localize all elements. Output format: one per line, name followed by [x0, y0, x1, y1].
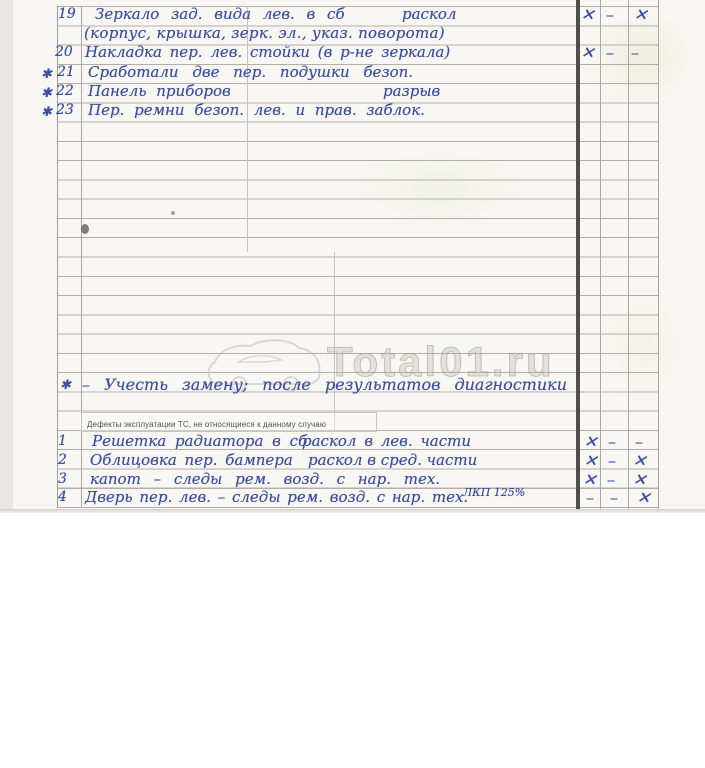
row-number: 4: [58, 487, 67, 508]
row-text-2: раскол в лев. части: [302, 431, 471, 452]
check-mark: ✕: [580, 41, 596, 63]
table-row: ✱ 22 Панель приборов разрыв: [0, 81, 705, 102]
table-row: 1 Решетка радиатора в сб раскол в лев. ч…: [0, 431, 705, 452]
row-text-2: раскол: [402, 4, 457, 25]
row-number: 21: [57, 62, 75, 83]
check-mark: –: [631, 42, 639, 63]
hole-punch-mark: [81, 224, 89, 234]
check-mark: –: [608, 450, 616, 471]
check-mark: –: [586, 487, 594, 508]
row-text: Дверь пер. лев. – следы рем. возд. с нар…: [85, 487, 468, 508]
screenshot-root: Total01.ru 19 Зеркало зад. вида лев. в с…: [0, 0, 705, 768]
paper-speck: [171, 211, 175, 215]
check-mark: –: [608, 431, 616, 452]
check-mark: –: [610, 487, 618, 508]
check-mark: ✕: [636, 486, 652, 508]
check-mark: –: [606, 42, 614, 63]
row-text: Зеркало зад. вида лев. в сб: [95, 4, 345, 25]
row-superscript: ЛКП 125%: [463, 482, 525, 503]
watermark: Total01.ru: [205, 332, 565, 407]
defects-section-header: Дефекты эксплуатации ТС, не относящиеся …: [87, 420, 326, 429]
check-mark: –: [606, 4, 614, 25]
scanned-page: Total01.ru 19 Зеркало зад. вида лев. в с…: [0, 0, 705, 510]
row-number: 19: [58, 4, 76, 25]
row-number: 23: [56, 100, 74, 121]
table-row: 19 Зеркало зад. вида лев. в сб раскол ✕ …: [0, 4, 705, 25]
star-mark: ✱: [60, 375, 71, 396]
table-row: (корпус, крышка, зерк. эл., указ. поворо…: [0, 23, 705, 44]
row-text: Панель приборов: [88, 81, 231, 102]
row-text: Сработали две пер. подушки безоп.: [88, 62, 413, 83]
row-number: 2: [58, 450, 67, 471]
table-row: 4 Дверь пер. лев. – следы рем. возд. с н…: [0, 487, 705, 508]
row-text: (корпус, крышка, зерк. эл., указ. поворо…: [84, 23, 445, 44]
table-row: 20 Накладка пер. лев. стойки (в р-не зер…: [0, 42, 705, 63]
table-row: ✱ 21 Сработали две пер. подушки безоп.: [0, 62, 705, 83]
row-text: Накладка пер. лев. стойки (в р-не зеркал…: [85, 42, 450, 63]
row-text: Решетка радиатора в сб: [92, 431, 307, 452]
paper-bottom-edge: [0, 509, 705, 513]
row-number: 20: [55, 42, 73, 63]
table-row: 2 Облицовка пер. бампера раскол в сред. …: [0, 450, 705, 471]
row-text: Пер. ремни безоп. лев. и прав. заблок.: [88, 100, 425, 121]
row-text-2: разрыв: [383, 81, 440, 102]
row-number: 22: [56, 81, 74, 102]
table-row: ✱ 23 Пер. ремни безоп. лев. и прав. забл…: [0, 100, 705, 121]
row-text: Облицовка пер. бампера: [90, 450, 293, 471]
star-mark: ✱: [41, 102, 52, 123]
footnote-row: ✱ – Учесть замену; после результатов диа…: [0, 374, 705, 395]
row-text-2: раскол в сред. части: [308, 450, 477, 471]
row-number: 1: [58, 431, 67, 452]
footnote-text: – Учесть замену; после результатов диагн…: [82, 374, 567, 395]
defects-section-header-box: Дефекты эксплуатации ТС, не относящиеся …: [81, 412, 377, 432]
